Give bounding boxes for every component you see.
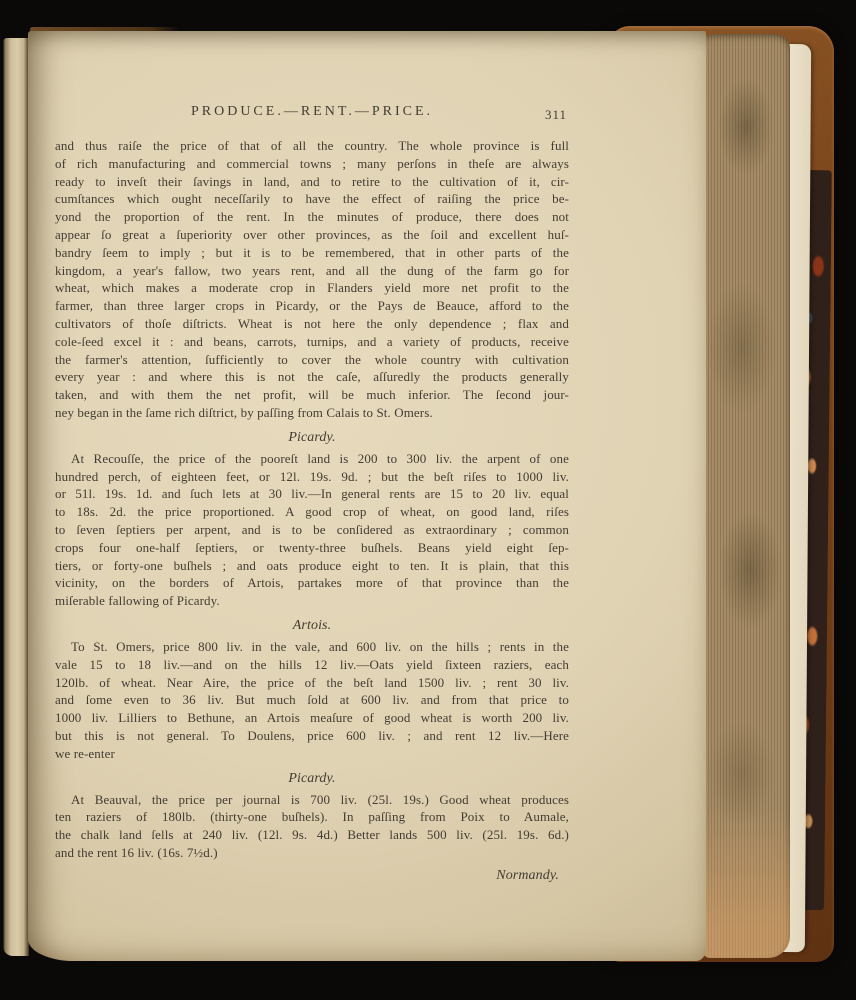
section-heading-artois: Artois.: [55, 617, 569, 635]
text-column: PRODUCE.—RENT.—PRICE. 311 and thus raiſe…: [55, 103, 569, 884]
text-line: 120lb. of wheat. Near Aire, the price of…: [55, 674, 569, 692]
text-line: cumſtances which ought neceſſarily to ha…: [55, 190, 569, 208]
text-line: wheat, which makes a moderate crop in Fl…: [55, 279, 569, 297]
text-line: to ſeven ſeptiers per arpent, and is to …: [55, 521, 569, 539]
left-page-edges: [3, 38, 29, 956]
text-line: miſerable fallowing of Picardy.: [55, 592, 569, 610]
running-header: PRODUCE.—RENT.—PRICE. 311: [55, 103, 569, 123]
book-page: PRODUCE.—RENT.—PRICE. 311 and thus raiſe…: [28, 31, 706, 961]
text-line: to 18s. 2d. the price proportioned. A go…: [55, 503, 569, 521]
text-line: tiers, or forty-one buſhels ; and oats p…: [55, 557, 569, 575]
text-line: every year : and where this is not the c…: [55, 368, 569, 386]
running-header-title: PRODUCE.—RENT.—PRICE.: [55, 103, 569, 121]
text-line: crops four one-half ſeptiers, or twenty-…: [55, 539, 569, 557]
paragraph-st-omers: To St. Omers, price 800 liv. in the vale…: [55, 638, 569, 763]
text-line: the chalk land ſells at 240 liv. (12l. 9…: [55, 826, 569, 844]
text-line: yond the proportion of the rent. In the …: [55, 208, 569, 226]
paragraph-recousse: At Recouſſe, the price of the pooreſt la…: [55, 450, 569, 610]
text-line: To St. Omers, price 800 liv. in the vale…: [55, 638, 569, 656]
text-line: At Recouſſe, the price of the pooreſt la…: [55, 450, 569, 468]
text-line: or 51l. 19s. 1d. and ſuch lets at 30 liv…: [55, 485, 569, 503]
text-line: but this is not general. To Doulens, pri…: [55, 727, 569, 745]
text-line: cultivators of thoſe diſtricts. Wheat is…: [55, 315, 569, 333]
book-photograph: PRODUCE.—RENT.—PRICE. 311 and thus raiſe…: [0, 0, 856, 1000]
text-line: we re-enter: [55, 745, 569, 763]
text-line: the farmer's attention, ſufficiently to …: [55, 351, 569, 369]
text-line: and the rent 16 liv. (16s. 7½d.): [55, 844, 569, 862]
catchword-normandy: Normandy.: [55, 867, 569, 885]
book-fore-edge: [702, 34, 790, 958]
text-line: ten raziers of 180lb. (thirty-one buſhel…: [55, 808, 569, 826]
text-line: vale 15 to 18 liv.—and on the hills 12 l…: [55, 656, 569, 674]
paragraph-beauval: At Beauval, the price per journal is 700…: [55, 791, 569, 862]
section-heading-picardy-2: Picardy.: [55, 770, 569, 788]
text-line: vicinity, on the borders of Artois, part…: [55, 574, 569, 592]
text-line: At Beauval, the price per journal is 700…: [55, 791, 569, 809]
text-line: ready to inveſt their ſavings in land, a…: [55, 173, 569, 191]
text-line: of rich manufacturing and commercial tow…: [55, 155, 569, 173]
text-line: bandry ſeem to imply ; but it is to be r…: [55, 244, 569, 262]
text-line: ney began in the ſame rich diſtrict, by …: [55, 404, 569, 422]
paragraph-flanders: and thus raiſe the price of that of all …: [55, 137, 569, 422]
text-line: appear ſo great a ſuperiority over other…: [55, 226, 569, 244]
page-number: 311: [545, 106, 567, 124]
text-line: and ſome even to 36 liv. But much ſold a…: [55, 691, 569, 709]
text-line: kingdom, a year's fallow, two years rent…: [55, 262, 569, 280]
text-line: 1000 liv. Lilliers to Bethune, an Artois…: [55, 709, 569, 727]
text-line: taken, and with them the net profit, wil…: [55, 386, 569, 404]
text-line: hundred perch, of eighteen feet, or 12l.…: [55, 468, 569, 486]
text-line: and thus raiſe the price of that of all …: [55, 137, 569, 155]
text-line: farmer, than three larger crops in Picar…: [55, 297, 569, 315]
section-heading-picardy-1: Picardy.: [55, 429, 569, 447]
text-line: cole-ſeed excel it : and beans, carrots,…: [55, 333, 569, 351]
